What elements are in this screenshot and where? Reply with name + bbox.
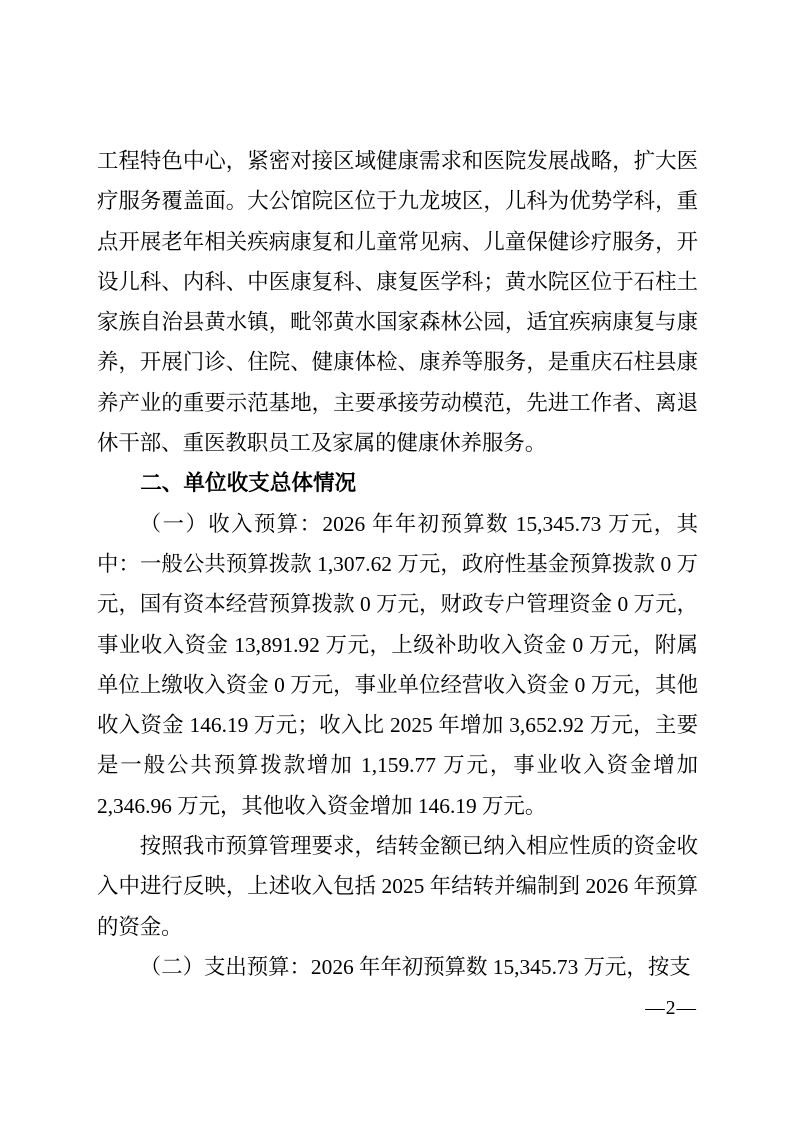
document-body: 工程特色中心，紧密对接区域健康需求和医院发展战略，扩大医疗服务覆盖面。大公馆院区… [97,141,698,987]
document-page: 工程特色中心，紧密对接区域健康需求和医院发展战略，扩大医疗服务覆盖面。大公馆院区… [0,0,794,1123]
paragraph-hospital-campus-overview: 工程特色中心，紧密对接区域健康需求和医院发展战略，扩大医疗服务覆盖面。大公馆院区… [97,141,698,463]
paragraph-carryover-note: 按照我市预算管理要求，结转金额已纳入相应性质的资金收入中进行反映，上述收入包括 … [97,826,698,947]
paragraph-expenditure-budget: （二）支出预算：2026 年年初预算数 15,345.73 万元，按支 [97,947,698,987]
page-number: —2— [645,998,697,1019]
section-heading-overall-revenue-expenditure: 二、单位收支总体情况 [97,463,698,503]
paragraph-revenue-budget: （一）收入预算：2026 年年初预算数 15,345.73 万元，其中：一般公共… [97,504,698,826]
page-footer: —2— [645,995,697,1023]
